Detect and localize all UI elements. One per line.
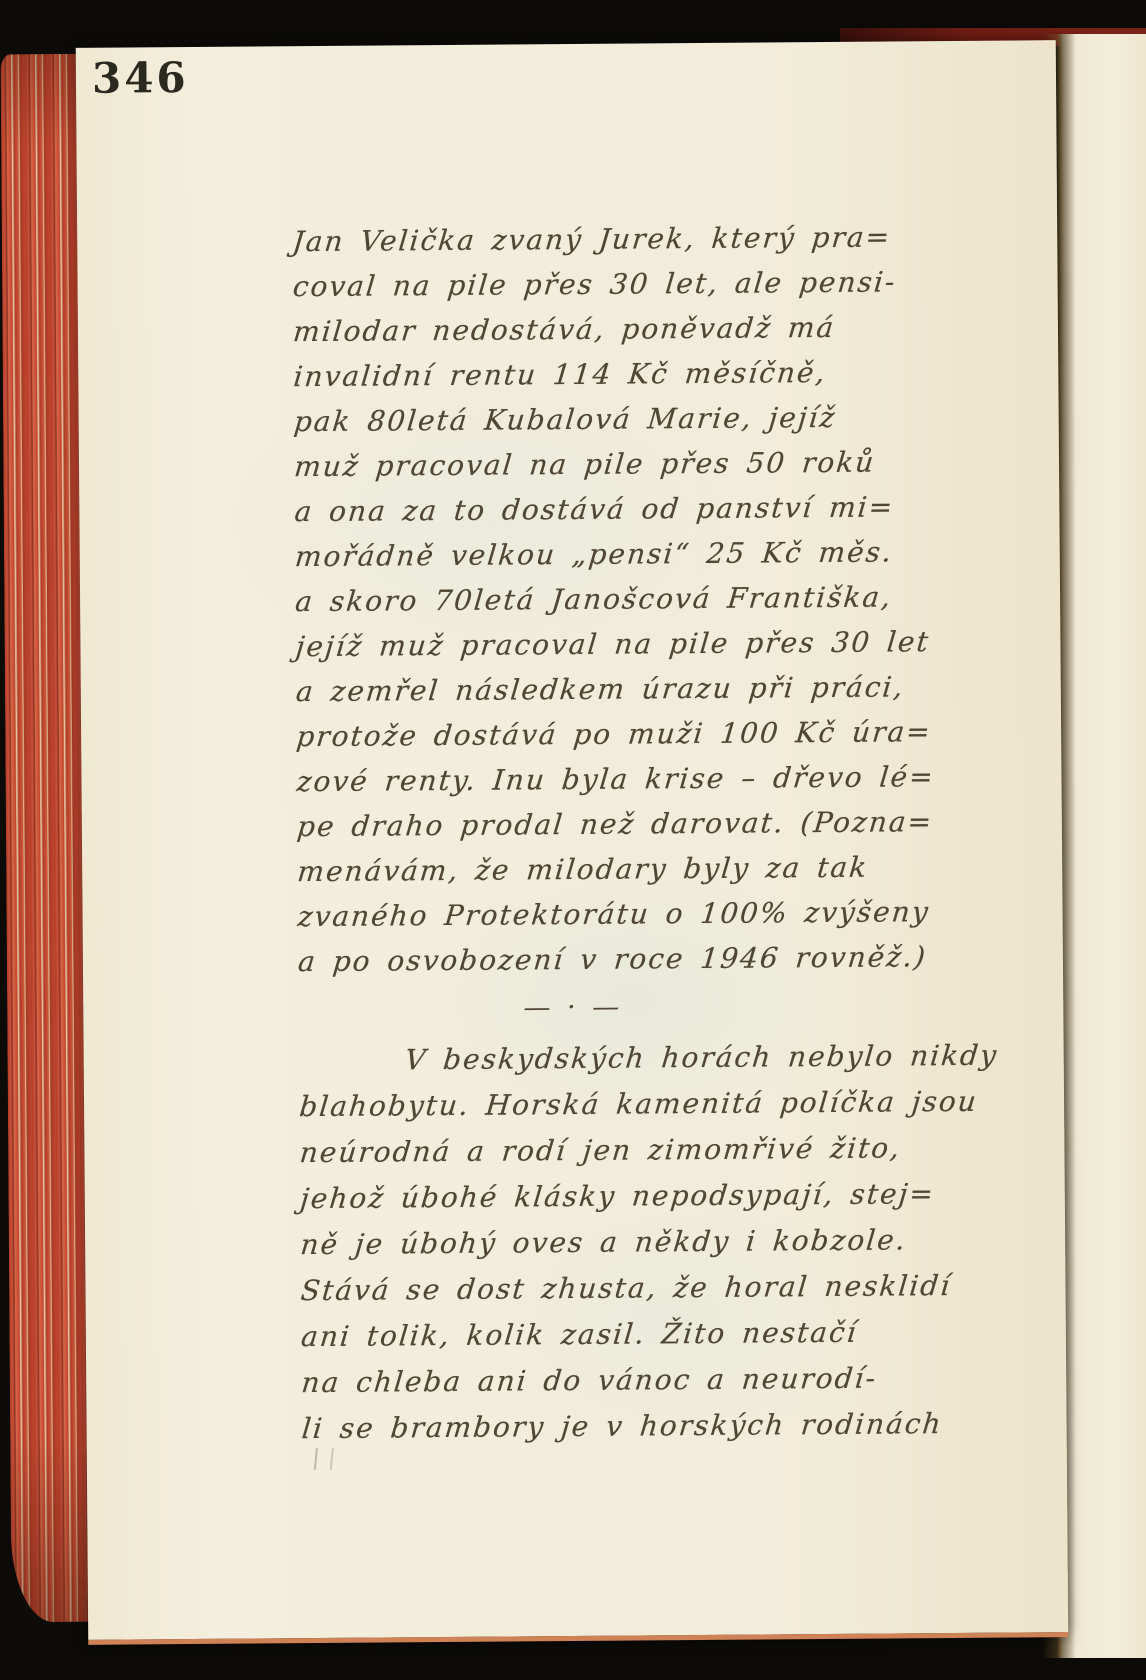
text-line: jehož úbohé klásky nepodsypají, stej= <box>298 1171 1002 1223</box>
text-line: zové renty. Inu byla krise – dřevo lé= <box>295 754 999 805</box>
text-line: jejíž muž pracoval na pile přes 30 let <box>294 619 998 670</box>
faint-pencil-mark <box>314 1448 334 1470</box>
text-line: Jan Velička zvaný Jurek, který pra= <box>290 214 994 265</box>
text-line: pak 80letá Kubalová Marie, jejíž <box>292 394 996 445</box>
text-line: neúrodná a rodí jen zimomřivé žito, <box>298 1125 1002 1177</box>
text-line: ani tolik, kolik zasil. Žito nestačí <box>299 1309 1003 1361</box>
text-line: a ona za to dostává od panství mi= <box>293 484 997 535</box>
text-line: protože dostává po muži 100 Kč úra= <box>294 709 998 760</box>
text-line: ně je úbohý oves a někdy i kobzole. <box>298 1217 1002 1269</box>
text-line: mořádně velkou „pensi“ 25 Kč měs. <box>293 529 997 580</box>
text-line: a po osvobození v roce 1946 rovněž.) <box>296 934 1000 985</box>
text-line: zvaného Protektorátu o 100% zvýšeny <box>296 889 1000 940</box>
text-line: milodar nedostává, poněvadž má <box>291 304 995 355</box>
paragraph-1: Jan Velička zvaný Jurek, který pra= cova… <box>290 214 996 984</box>
text-line: coval na pile přes 30 let, ale pensi- <box>291 259 995 310</box>
text-line: menávám, že milodary byly za tak <box>295 844 999 895</box>
text-line: na chleba ani do vánoc a neurodí- <box>299 1355 1003 1407</box>
left-page: 346 Jan Velička zvaný Jurek, který pra= … <box>76 40 1069 1645</box>
text-line: V beskydských horách nebylo nikdy <box>297 1033 1001 1085</box>
text-line: a zemřel následkem úrazu při práci, <box>294 664 998 715</box>
text-line: li se brambory je v horských rodinách <box>300 1401 1004 1453</box>
text-line: muž pracoval na pile přes 50 roků <box>292 439 996 490</box>
section-separator: — · — <box>483 991 663 1023</box>
page-number: 346 <box>92 53 189 103</box>
text-line: blahobytu. Horská kamenitá políčka jsou <box>297 1079 1001 1131</box>
paragraph-2: V beskydských horách nebylo nikdy blahob… <box>297 1033 1000 1452</box>
text-line: pe draho prodal než darovat. (Pozna= <box>295 799 999 850</box>
text-line: invalidní rentu 114 Kč měsíčně, <box>292 349 996 400</box>
text-line: Stává se dost zhusta, že horal nesklidí <box>299 1263 1003 1315</box>
book-scan: 346 Jan Velička zvaný Jurek, který pra= … <box>0 0 1146 1680</box>
text-line: a skoro 70letá Janošcová Františka, <box>293 574 997 625</box>
